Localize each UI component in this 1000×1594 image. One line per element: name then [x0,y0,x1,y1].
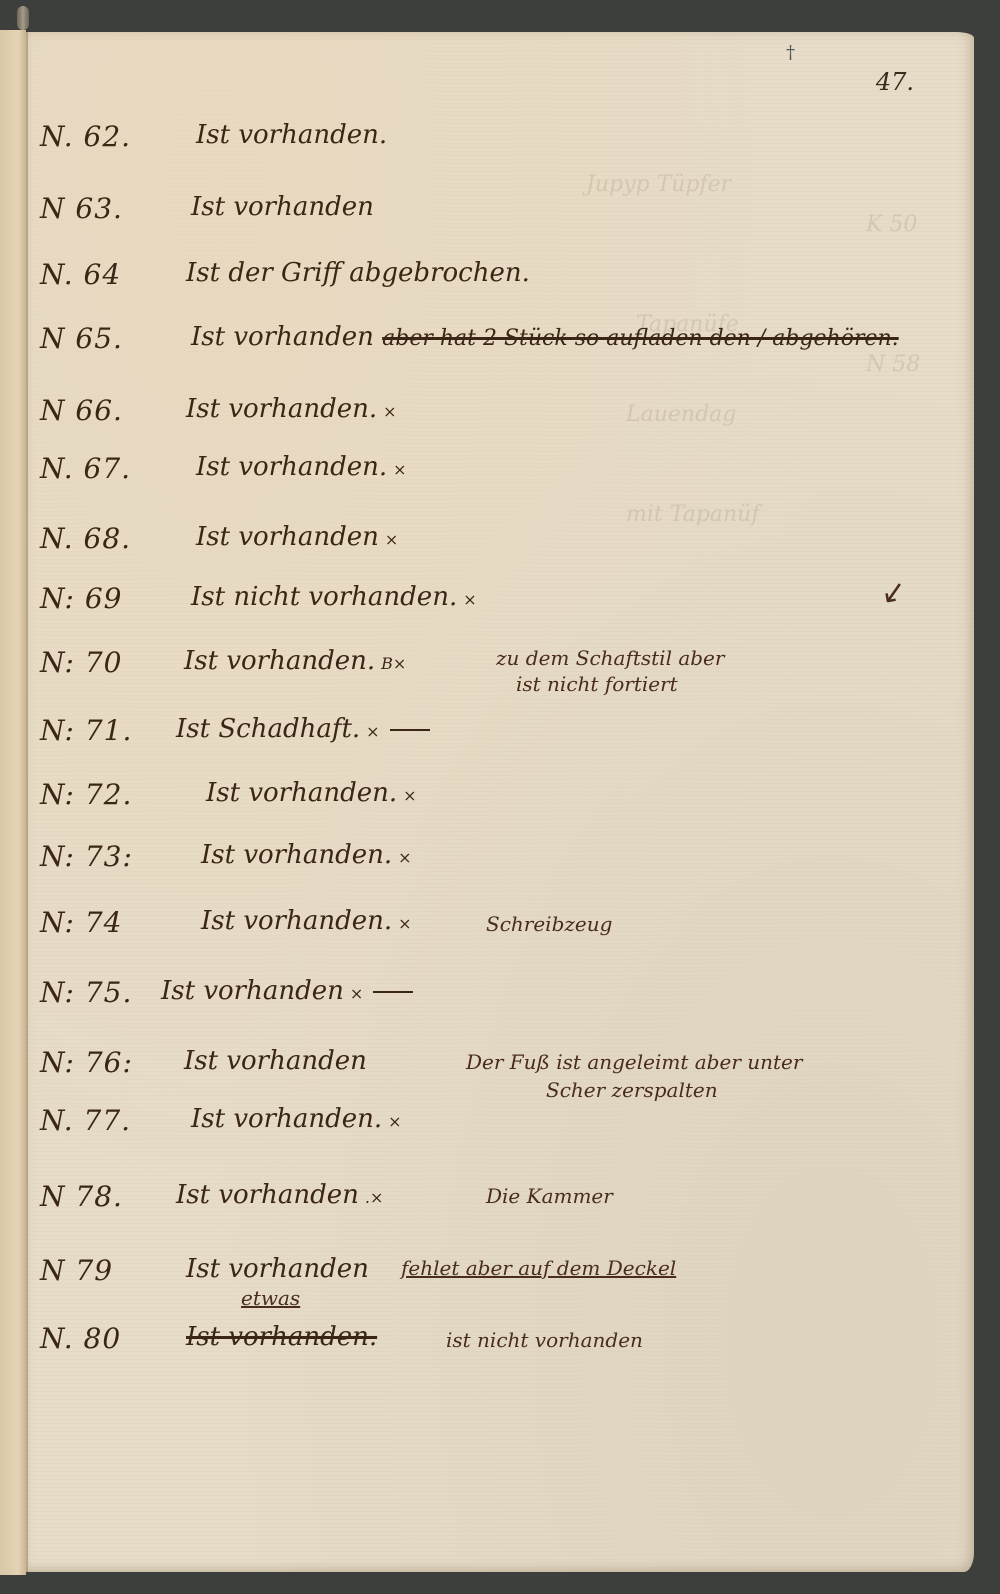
entry-number: N. 80 [40,1322,121,1355]
entry-note-line: ist nicht fortiert [516,670,678,698]
entry-status: Ist vorhanden. [196,120,387,150]
entry-status: Ist nicht vorhanden.× [191,582,477,612]
entry-status: Ist vorhanden.× [191,1104,402,1134]
entry-status: Ist vorhanden.B× [184,646,406,676]
check-mark: × [398,848,411,867]
entry-status-struck: Ist vorhanden. [186,1322,377,1352]
entry-number: N. 62. [40,120,131,153]
entry-status: Ist vorhanden [191,192,374,222]
entry-number: N: 76: [40,1046,133,1079]
bleed-through-text: mit Tapanüf [626,502,760,527]
check-mark: × [350,984,363,1003]
binding-ring [17,6,29,30]
entry-note-line: zu dem Schaftstil aber [496,644,724,672]
entry-note: Die Kammer [486,1182,613,1210]
entry-number: N. 68. [40,522,131,555]
bleed-through-text: N 58 [866,352,920,377]
dash-mark [373,991,413,993]
check-mark: × [383,402,396,421]
entry-status: Ist vorhanden aber hat 2 Stück so auflad… [191,322,899,352]
bleed-through-text: Lauendag [626,402,736,427]
check-mark: × [388,1112,401,1131]
entry-status: Ist vorhanden.× [201,840,412,870]
struck-text: aber hat 2 Stück so aufladen den / abgeh… [382,326,899,351]
entry-number: N: 69 [40,582,122,615]
entry-number: N 66. [40,394,123,427]
entry-number: N: 70 [40,646,122,679]
entry-status: Ist vorhanden.× [176,1180,383,1210]
entry-number: N 63. [40,192,123,225]
entry-note-line: etwas [241,1284,300,1312]
check-mark: × [463,590,476,609]
check-mark: × [366,722,379,741]
entry-status: Ist vorhanden.× [206,778,417,808]
gutter-line [26,32,28,1572]
manuscript-page: Jupyp Tüpfer Tapanüfe Lauendag mit Tapan… [26,32,974,1572]
manuscript-scan: Jupyp Tüpfer Tapanüfe Lauendag mit Tapan… [0,0,1000,1594]
check-mark: × [398,914,411,933]
check-mark: B× [381,654,406,673]
entry-note-line: Scher zerspalten [546,1076,718,1104]
entry-number: N. 64 [40,258,121,291]
check-mark: × [403,786,416,805]
entry-number: N 65. [40,322,123,355]
entry-status: Ist vorhanden.× [201,906,412,936]
check-mark: × [385,530,398,549]
entry-status: Ist vorhanden.× [186,394,397,424]
entry-status: Ist vorhanden× [196,522,398,552]
entry-number: N: 75. [40,976,132,1009]
entry-number: N 78. [40,1180,123,1213]
entry-status: Ist vorhanden.× [196,452,407,482]
check-mark: .× [365,1188,384,1207]
entry-number: N: 73: [40,840,133,873]
entry-number: N. 67. [40,452,131,485]
entry-number: N. 77. [40,1104,131,1137]
entry-status: Ist vorhanden [184,1046,367,1076]
entry-note: ist nicht vorhanden [446,1326,643,1354]
check-mark: × [393,460,406,479]
entry-number: N: 72. [40,778,132,811]
previous-page-edge [0,30,26,1575]
dash-mark [390,729,430,731]
entry-status: Ist der Griff abgebrochen. [186,258,530,288]
entry-number: N: 74 [40,906,122,939]
margin-arrow-mark: ↙ [878,573,909,612]
folio-number: 47. [876,68,914,96]
bleed-through-text: K 50 [866,212,917,237]
top-ink-mark: † [786,42,795,63]
entry-note: Schreibzeug [486,910,612,938]
entry-number: N: 71. [40,714,132,747]
entry-number: N 79 [40,1254,113,1287]
entry-note-line: Der Fuß ist angeleimt aber unter [466,1048,802,1076]
entry-status: Ist vorhanden× [161,976,413,1006]
entry-note-line: fehlet aber auf dem Deckel [401,1254,676,1282]
bleed-through-text: Jupyp Tüpfer [586,172,731,197]
entry-status: Ist vorhanden [186,1254,369,1284]
entry-status: Ist Schadhaft.× [176,714,430,744]
